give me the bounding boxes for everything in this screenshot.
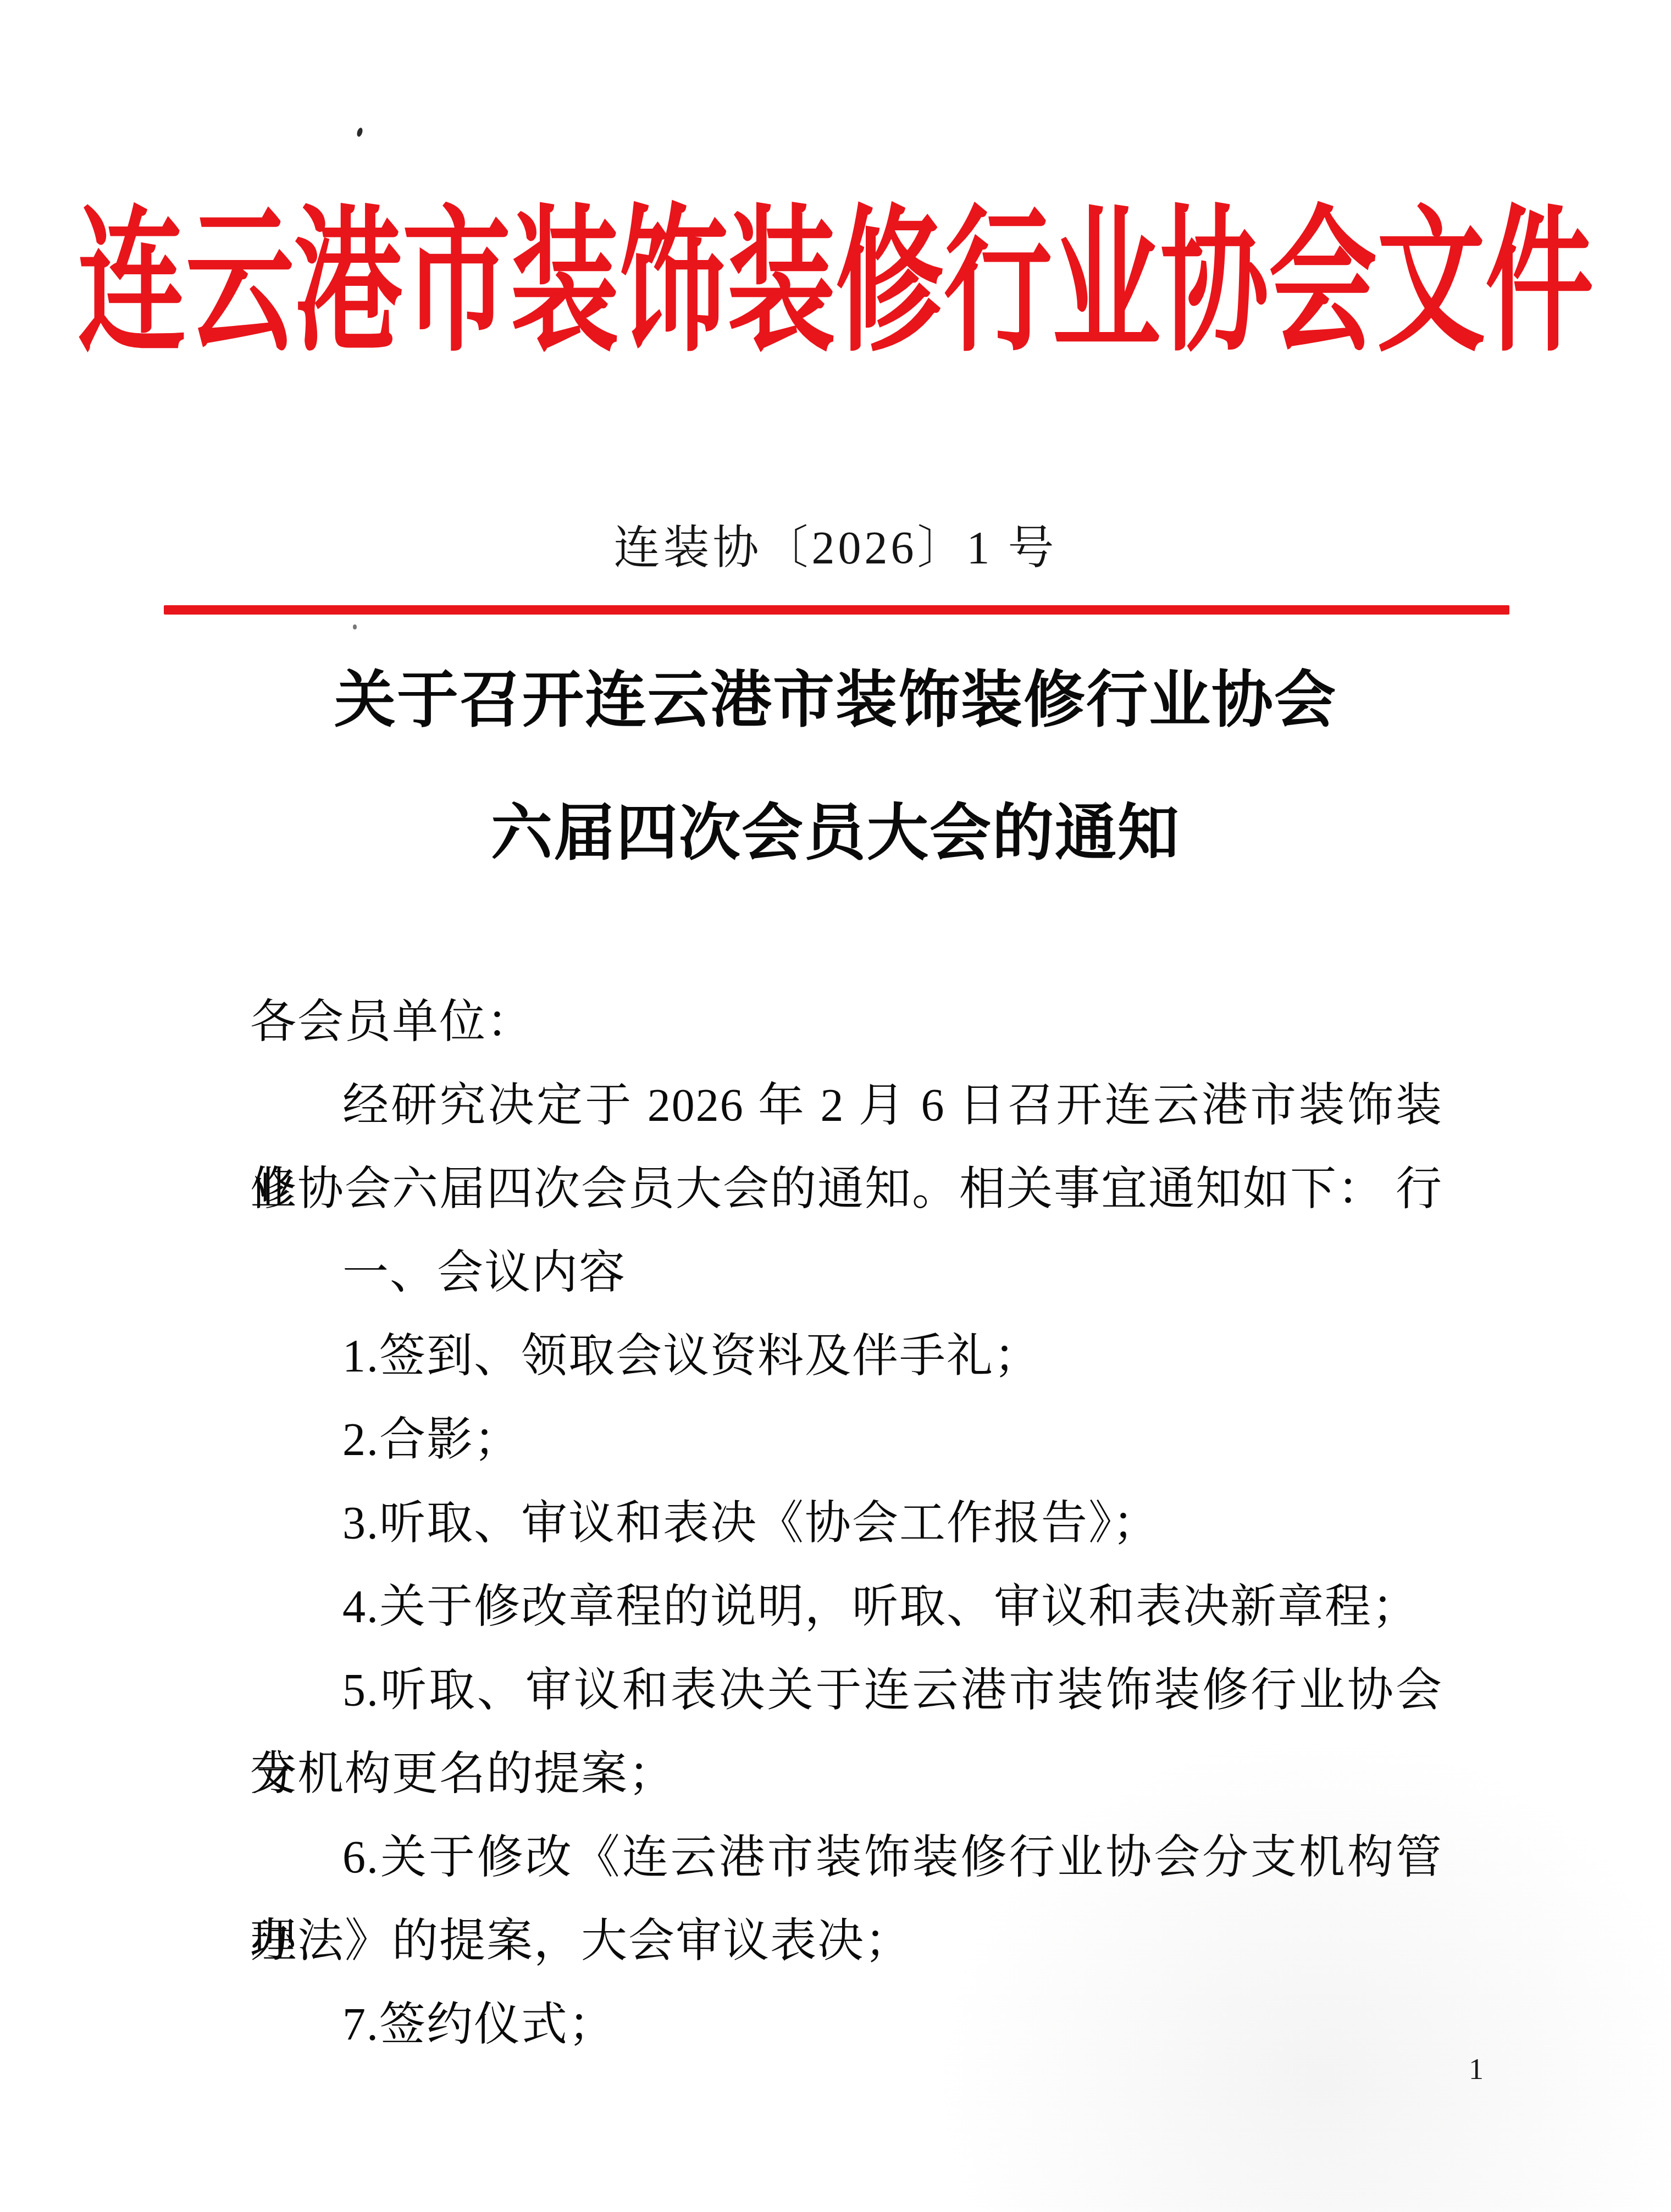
- scan-speck: [356, 127, 364, 137]
- red-divider-line: [164, 605, 1509, 615]
- document-title-line2: 六届四次会员大会的通知: [0, 797, 1671, 871]
- body-line-item: 4.关于修改章程的说明，听取、审议和表决新章程；: [250, 1566, 1443, 1649]
- body-line-item: 5.听取、审议和表决关于连云港市装饰装修行业协会分: [250, 1649, 1443, 1733]
- body-line-salutation: 各会员单位：: [250, 981, 1443, 1064]
- body-line: 业协会六届四次会员大会的通知。相关事宜通知如下：: [250, 1148, 1443, 1231]
- body-line: 经研究决定于 2026 年 2 月 6 日召开连云港市装饰装修行: [250, 1064, 1443, 1148]
- body-line-section: 一、会议内容: [250, 1231, 1443, 1315]
- body-line-item: 1.签到、领取会议资料及伴手礼；: [250, 1315, 1443, 1398]
- document-page: 连云港市装饰装修行业协会文件 连装协〔2026〕1 号 关于召开连云港市装饰装修…: [0, 0, 1671, 2212]
- scan-speck: [353, 624, 357, 629]
- red-header-title: 连云港市装饰装修行业协会文件: [0, 204, 1671, 362]
- document-title-line1: 关于召开连云港市装饰装修行业协会: [0, 664, 1671, 738]
- body-line: 办法》的提案，大会审议表决；: [250, 1900, 1443, 1983]
- document-body: 各会员单位： 经研究决定于 2026 年 2 月 6 日召开连云港市装饰装修行 …: [250, 981, 1443, 2067]
- body-line-item: 2.合影；: [250, 1398, 1443, 1482]
- body-line: 支机构更名的提案；: [250, 1733, 1443, 1816]
- body-line-item: 7.签约仪式；: [250, 1983, 1443, 2067]
- document-number: 连装协〔2026〕1 号: [0, 523, 1671, 574]
- page-number: 1: [1469, 2051, 1484, 2087]
- body-line-item: 6.关于修改《连云港市装饰装修行业协会分支机构管理: [250, 1816, 1443, 1900]
- body-line-item: 3.听取、审议和表决《协会工作报告》；: [250, 1482, 1443, 1566]
